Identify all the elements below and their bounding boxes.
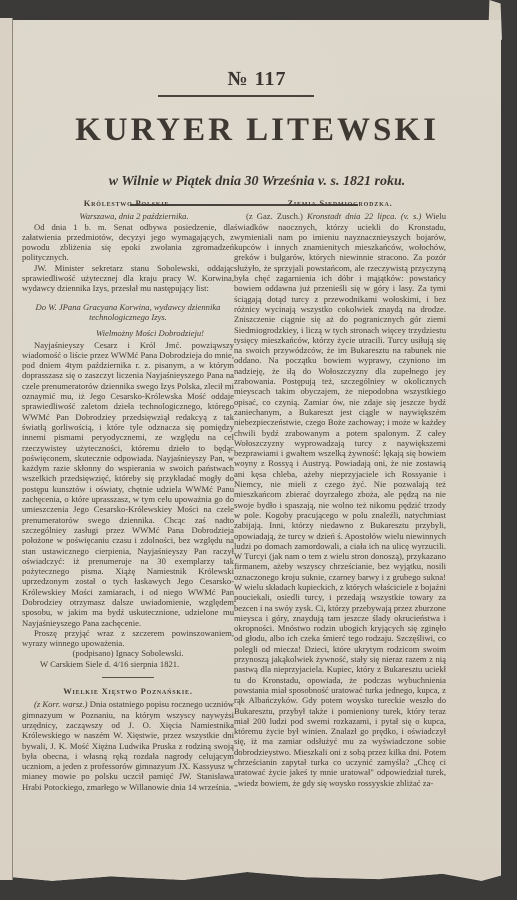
masthead-dateline: w Wilnie w Piątek dnia 30 Września v. s.… xyxy=(13,174,501,190)
letter-closing: Proszę przyjąć wraz z szczerem powinszow… xyxy=(22,628,234,649)
article-paragraph: (z Korr. warsz.) Dnia ostatniego popisu … xyxy=(22,699,234,792)
section-heading-ziemia-siedmiogrodzka: Ziemia Siedmiogrodzka. xyxy=(234,198,446,208)
letter-signature: (podpisano) Ignacy Sobolewski. xyxy=(22,648,234,658)
letter-body: Nayjaśnieyszy Cesarz i Król Jmć. powziąw… xyxy=(22,340,234,628)
issue-number: № 117 xyxy=(13,68,501,91)
left-column: Królestwo Polskie. Warszawa, dnia 2 paźd… xyxy=(22,198,234,792)
letter-address: Do W. JPana Gracyana Korwina, wydawcy dz… xyxy=(22,302,234,323)
article-paragraph: (z Gaz. Zusch.) Kronstadt dnia 22 lipca.… xyxy=(234,211,446,788)
section-heading-krolestwo-polskie: Królestwo Polskie. xyxy=(22,198,234,208)
article-paragraph: JW. Minister sekretarz stanu Sobolewski,… xyxy=(22,263,234,294)
masthead-rule-top xyxy=(158,95,314,97)
section-separator xyxy=(102,677,154,678)
section-heading-wielkie-xiestwo-poznanskie: Wielkie Xięstwo Poznańskie. xyxy=(22,686,234,696)
letter-place-date: W Carskiem Siele d. 4/16 sierpnia 1821. xyxy=(22,659,234,669)
letter-salutation: Wielmożny Mości Dobrodzieju! xyxy=(22,328,234,338)
article-source: (z Gaz. Zusch.) xyxy=(246,211,303,221)
article-text: Dnia ostatniego popisu rocznego uczniów … xyxy=(22,699,234,791)
article-dateline: Warszawa, dnia 2 października. xyxy=(22,211,234,221)
article-dateline: Kronstadt dnia 22 lipca. (v. s.) xyxy=(307,211,421,221)
article-text: Wielu świadków naocznych, którzy uciekli… xyxy=(234,211,446,787)
article-source: (z Korr. warsz.) xyxy=(34,699,88,709)
adjacent-page-edge xyxy=(0,18,13,880)
right-column: Ziemia Siedmiogrodzka. (z Gaz. Zusch.) K… xyxy=(234,198,446,788)
article-paragraph: Od dnia 1 b. m. Senat odbywa posiedzenie… xyxy=(22,222,234,263)
newspaper-title: KURYER LITEWSKI xyxy=(13,112,501,149)
